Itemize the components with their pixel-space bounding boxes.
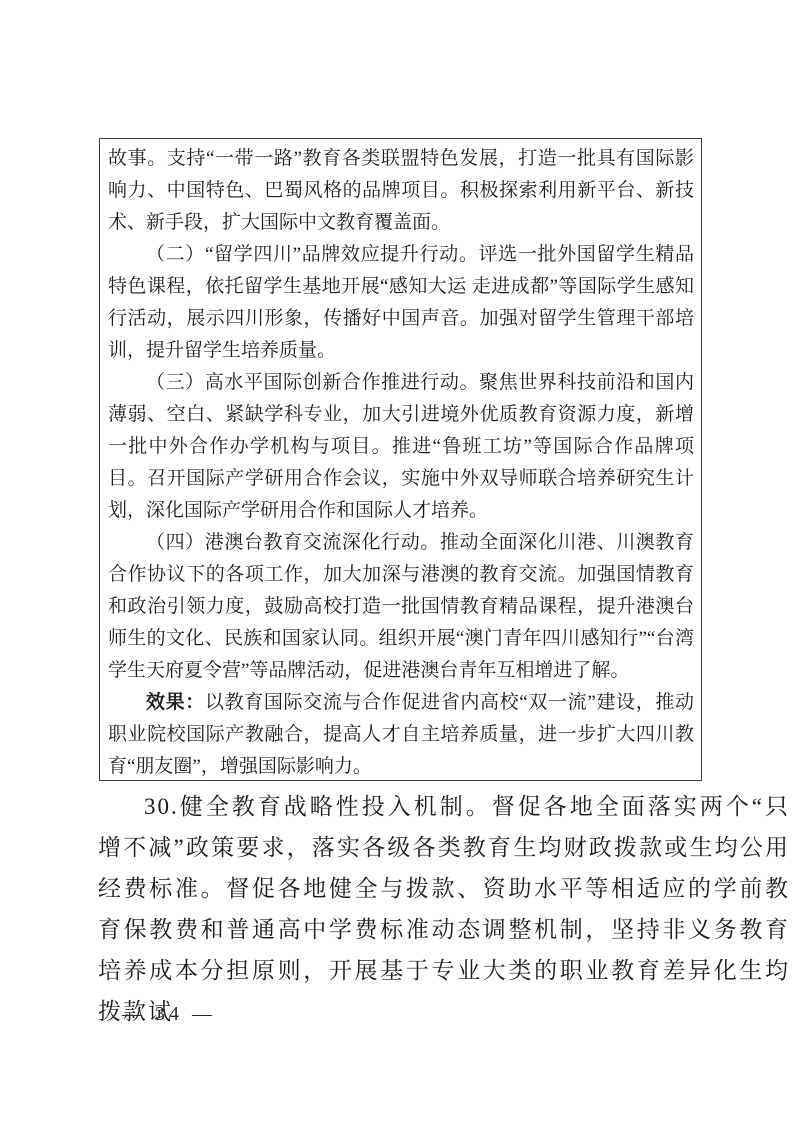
document-page: 故事。支持“一带一路”教育各类联盟特色发展，打造一批具有国际影响力、中国特色、巴…	[0, 0, 793, 1122]
boxed-text-section: 故事。支持“一带一路”教育各类联盟特色发展，打造一批具有国际影响力、中国特色、巴…	[99, 138, 702, 781]
effect-label: 效果：	[146, 692, 205, 713]
page-number: — 34 —	[122, 1003, 216, 1026]
item-30-section: 30.健全教育战略性投入机制。督促各地全面落实两个“只增不减”政策要求，落实各级…	[98, 786, 790, 1032]
item-30-paragraph: 30.健全教育战略性投入机制。督促各地全面落实两个“只增不减”政策要求，落实各级…	[98, 786, 790, 1032]
paragraph-effect: 效果：以教育国际交流与合作促进省内高校“双一流”建设，推动职业院校国际产教融合，…	[108, 687, 694, 781]
paragraph-continued: 故事。支持“一带一路”教育各类联盟特色发展，打造一批具有国际影响力、中国特色、巴…	[108, 143, 694, 239]
item-30-text: 督促各地全面落实两个“只增不减”政策要求，落实各级各类教育生均财政拨款或生均公用…	[98, 794, 790, 1024]
paragraph-item-4: （四）港澳台教育交流深化行动。推动全面深化川港、川澳教育合作协议下的各项工作，加…	[108, 527, 694, 687]
item-30-title: 30.健全教育战略性投入机制。	[144, 794, 492, 819]
paragraph-item-3: （三）高水平国际创新合作推进行动。聚焦世界科技前沿和国内薄弱、空白、紧缺学科专业…	[108, 367, 694, 527]
paragraph-item-2: （二）“留学四川”品牌效应提升行动。评选一批外国留学生精品特色课程，依托留学生基…	[108, 239, 694, 367]
